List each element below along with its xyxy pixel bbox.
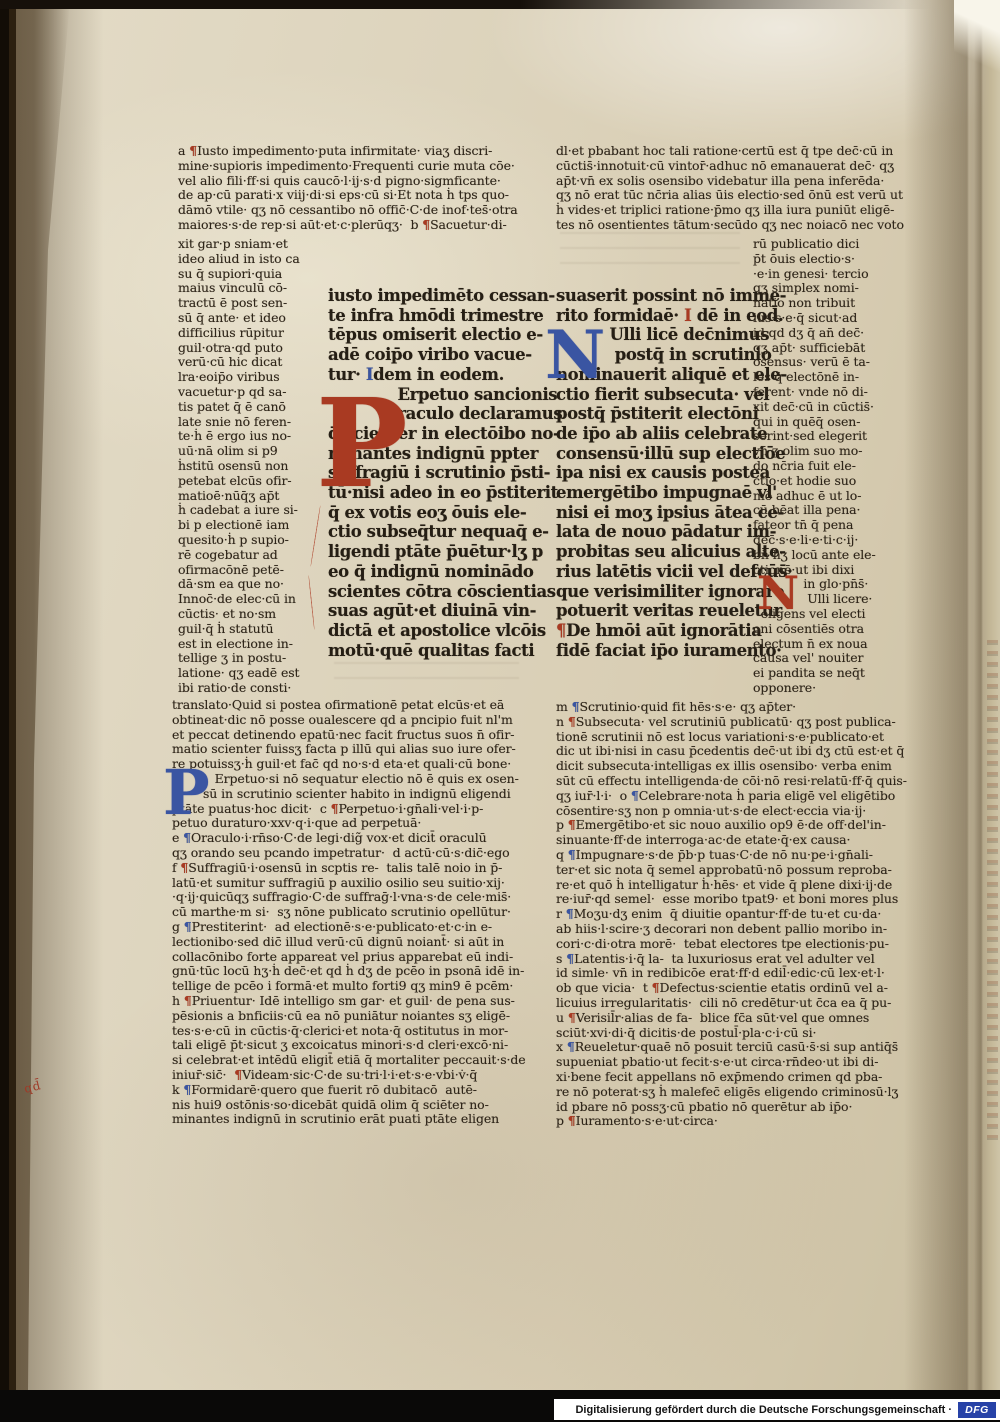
initial-p-red: P	[316, 382, 408, 504]
bleedthrough-patch	[560, 232, 740, 276]
initial-n-blue: N	[545, 322, 605, 388]
bleedthrough-patch	[334, 662, 519, 692]
page-right-edge	[904, 0, 1000, 1390]
scan-bottom-bar: Digitalisierung gefördert durch die Deut…	[0, 1390, 1000, 1422]
page-top-edge	[0, 0, 1000, 9]
initial-p-blue-gloss: P	[163, 762, 210, 824]
page-corner-highlight	[954, 0, 1000, 80]
gloss-block-top-left: a ¶Iusto impedimento·puta infirmitate· v…	[178, 144, 530, 233]
manuscript-scan: a ¶Iusto impedimento·puta infirmitate· v…	[0, 0, 1000, 1422]
watermark-strip: Digitalisierung gefördert durch die Deut…	[554, 1399, 1000, 1420]
gloss-column-left: xit gar·p sniam·etideo aliud in isto cas…	[178, 237, 318, 696]
watermark-text: Digitalisierung gefördert durch die Deut…	[575, 1404, 952, 1416]
bleedthrough-edge-marks	[987, 640, 998, 1140]
gloss-block-top-right: dl·et pbabant hoc tali ratione·certū est…	[556, 144, 908, 233]
gloss-block-bottom-right: m ¶Scrutinio·quid fit hēs·s·e· qʒ ap̄ter…	[556, 700, 911, 1129]
gloss-block-bottom-left: translato·Quid si postea ofirmationē pet…	[172, 698, 527, 1127]
gloss-column-right: rū publicatio dicip̄t ōuis electio·s··e·…	[753, 237, 908, 696]
initial-n-red-gloss: N	[757, 570, 799, 616]
dfg-logo: DFG	[958, 1402, 996, 1418]
